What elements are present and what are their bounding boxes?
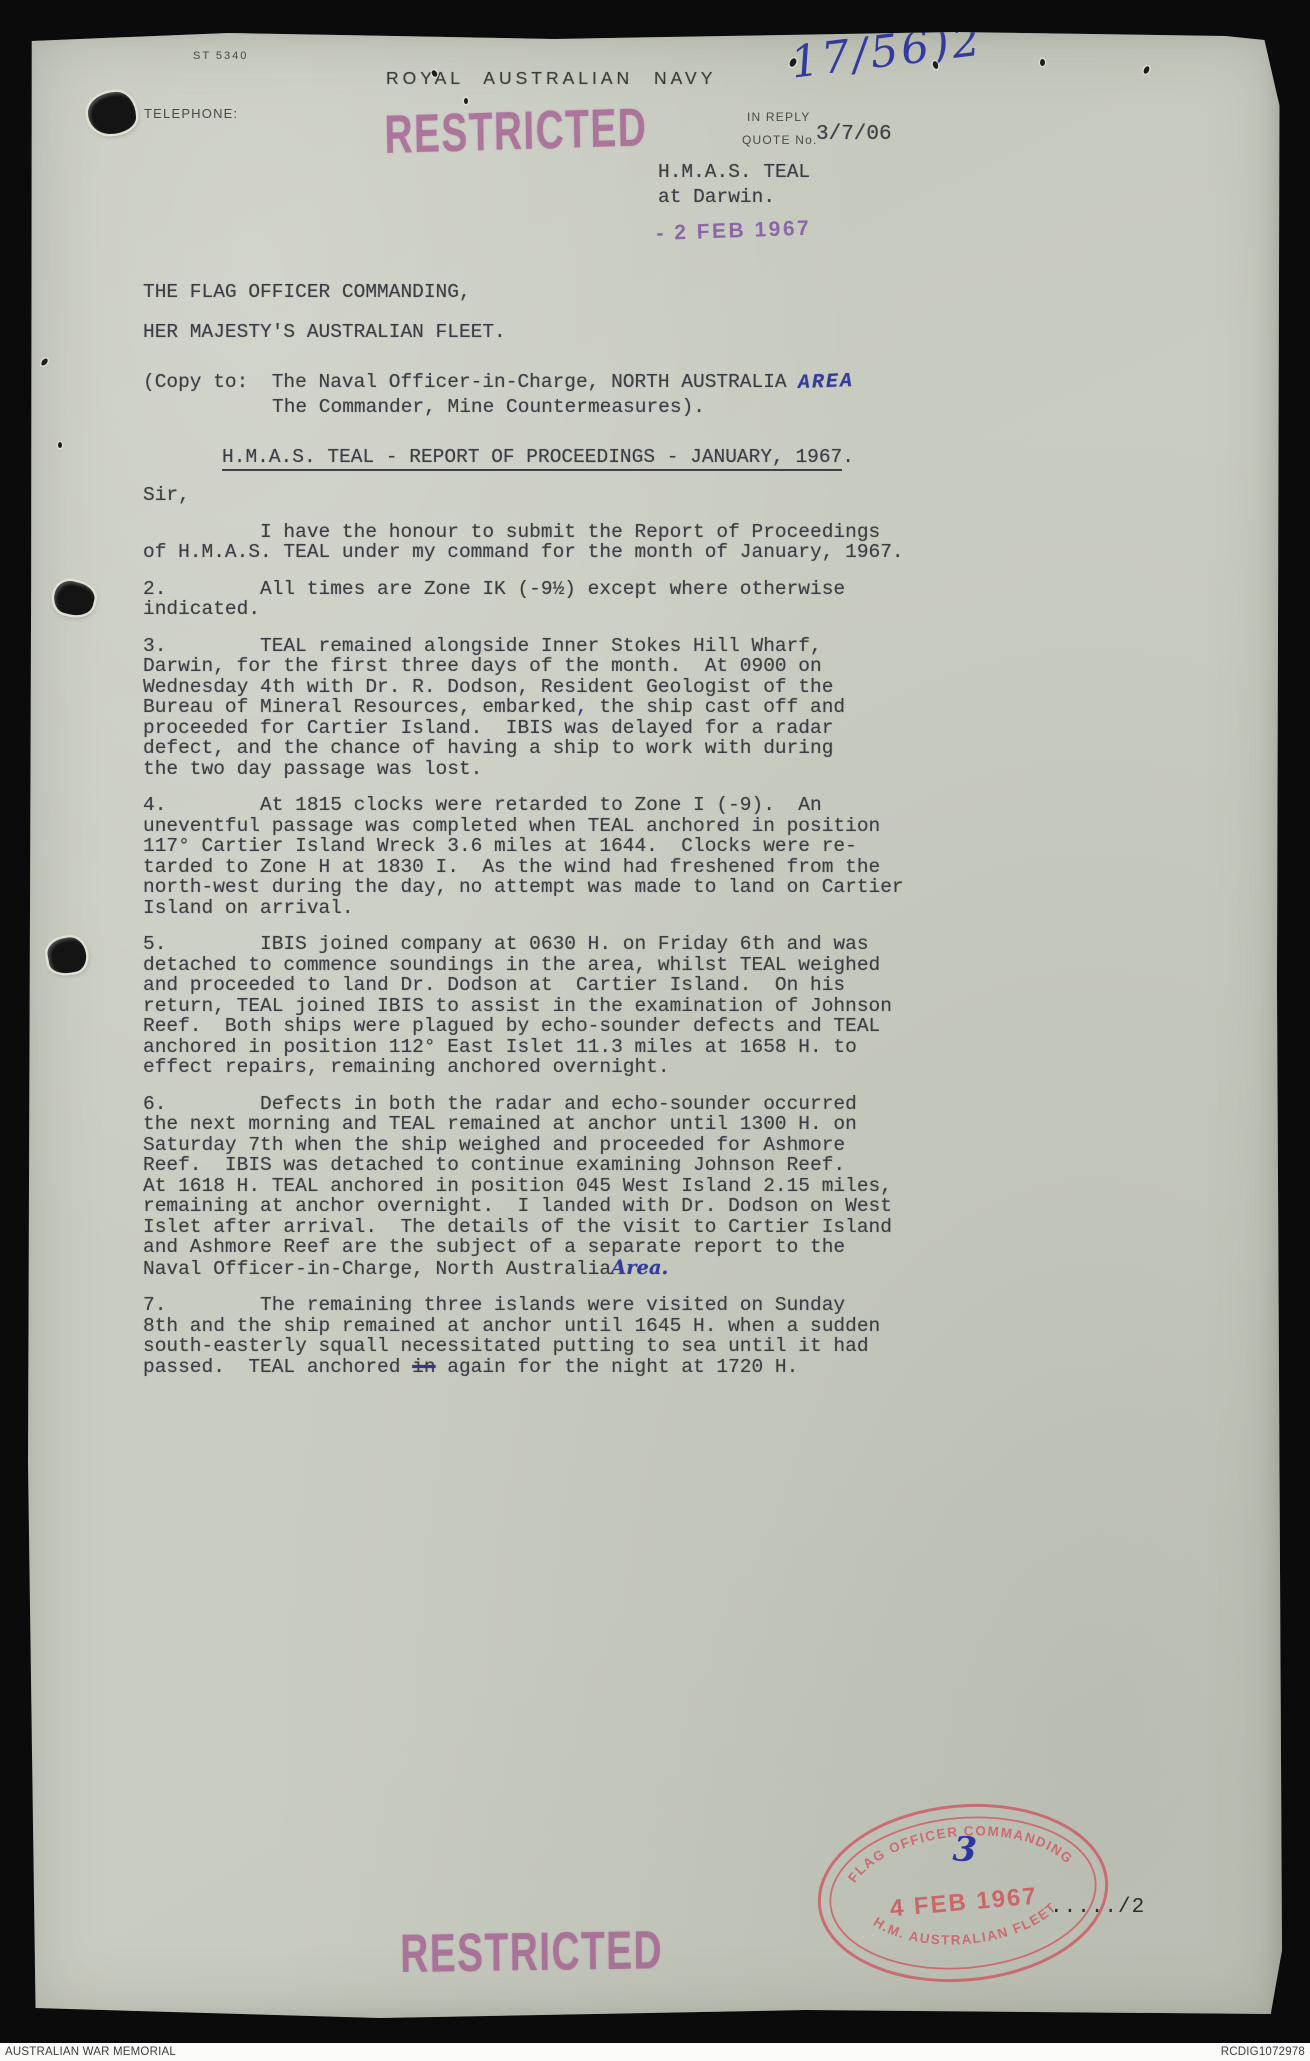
paragraph-3: 3. TEAL remained alongside Inner Stokes … xyxy=(143,636,963,780)
addressee-line-2: HER MAJESTY'S AUSTRALIAN FLEET. xyxy=(143,322,506,343)
report-title: H.M.A.S. TEAL - REPORT OF PROCEEDINGS - … xyxy=(143,447,933,468)
paragraph-4: 4. At 1815 clocks were retarded to Zone … xyxy=(143,795,963,918)
punch-hole-lower xyxy=(45,935,89,976)
document-page: ST 5340 ROYAL AUSTRALIAN NAVY TELEPHONE:… xyxy=(0,0,1310,2061)
letter-body: Sir, I have the honour to submit the Rep… xyxy=(143,485,963,1393)
paper-tear-hole xyxy=(88,92,136,134)
copy-to-area-annotation: AREA xyxy=(798,372,855,394)
paper-speck xyxy=(58,442,62,448)
typed-line: the two day passage was lost. xyxy=(143,759,963,780)
restricted-stamp-top: RESTRICTED xyxy=(384,96,648,166)
typed-line: Saturday 7th when the ship weighed and p… xyxy=(143,1135,963,1156)
ship-name: H.M.A.S. TEAL xyxy=(658,162,810,183)
received-date-stamp: - 2 FEB 1967 xyxy=(656,217,812,246)
paragraph-2: 2. All times are Zone IK (-9½) except wh… xyxy=(143,579,963,620)
quote-no-label: QUOTE No. xyxy=(742,133,817,147)
archive-footer-right: RCDIG1072978 xyxy=(1221,2043,1305,2061)
quote-no-value: 3/7/06 xyxy=(816,125,892,146)
typed-line: Darwin, for the first three days of the … xyxy=(143,656,963,677)
addressee-line-1: THE FLAG OFFICER COMMANDING, xyxy=(143,282,471,303)
paper-speck xyxy=(1040,59,1045,66)
typed-line: 6. Defects in both the radar and echo-so… xyxy=(143,1094,963,1115)
typed-line: Naval Officer-in-Charge, North Australia… xyxy=(143,1258,963,1280)
flag-officer-oval-stamp: FLAG OFFICER COMMANDING H.M. AUSTRALIAN … xyxy=(805,1785,1120,2000)
archive-footer-left: AUSTRALIAN WAR MEMORIAL xyxy=(5,2043,176,2061)
typed-line: 117° Cartier Island Wreck 3.6 miles at 1… xyxy=(143,836,963,857)
copy-to-line-1: (Copy to: The Naval Officer-in-Charge, N… xyxy=(143,372,854,394)
typed-line: uneventful passage was completed when TE… xyxy=(143,816,963,837)
typed-line: Reef. IBIS was detached to continue exam… xyxy=(143,1155,963,1176)
telephone-label: TELEPHONE: xyxy=(144,106,238,121)
paragraph-1: I have the honour to submit the Report o… xyxy=(143,522,963,563)
typed-line: 5. IBIS joined company at 0630 H. on Fri… xyxy=(143,934,963,955)
typed-line: Sir, xyxy=(143,485,963,506)
letter-paper: ST 5340 ROYAL AUSTRALIAN NAVY TELEPHONE:… xyxy=(28,30,1282,2020)
restricted-stamp-bottom: RESTRICTED xyxy=(400,1919,663,1985)
typed-line: Bureau of Mineral Resources, embarked, t… xyxy=(143,697,963,718)
typed-line: At 1618 H. TEAL anchored in position 045… xyxy=(143,1176,963,1197)
paper-speck xyxy=(40,357,49,366)
report-title-period: . xyxy=(842,446,854,468)
typed-line: south-easterly squall necessitated putti… xyxy=(143,1336,963,1357)
typed-line: passed. TEAL anchored in again for the n… xyxy=(143,1357,963,1378)
typed-line: 2. All times are Zone IK (-9½) except wh… xyxy=(143,579,963,600)
report-title-text: H.M.A.S. TEAL - REPORT OF PROCEEDINGS - … xyxy=(222,446,842,471)
punch-hole-upper xyxy=(51,578,98,620)
typed-line: detached to commence soundings in the ar… xyxy=(143,955,963,976)
in-reply-label: IN REPLY xyxy=(747,110,810,124)
typed-line: 3. TEAL remained alongside Inner Stokes … xyxy=(143,636,963,657)
typed-line: I have the honour to submit the Report o… xyxy=(143,522,963,543)
typed-line: 8th and the ship remained at anchor unti… xyxy=(143,1316,963,1337)
typed-line: 7. The remaining three islands were visi… xyxy=(143,1295,963,1316)
form-number: ST 5340 xyxy=(193,50,248,62)
typed-line: Islet after arrival. The details of the … xyxy=(143,1217,963,1238)
copy-to-line-2: The Commander, Mine Countermeasures). xyxy=(272,397,705,418)
typed-line: the next morning and TEAL remained at an… xyxy=(143,1114,963,1135)
typed-line: Island on arrival. xyxy=(143,898,963,919)
typed-line: Reef. Both ships were plagued by echo-so… xyxy=(143,1016,963,1037)
paragraph-6: 6. Defects in both the radar and echo-so… xyxy=(143,1094,963,1280)
archive-footer: AUSTRALIAN WAR MEMORIAL RCDIG1072978 xyxy=(0,2043,1310,2061)
paragraph-7: 7. The remaining three islands were visi… xyxy=(143,1295,963,1377)
typed-line: return, TEAL joined IBIS to assist in th… xyxy=(143,996,963,1017)
typed-line: 4. At 1815 clocks were retarded to Zone … xyxy=(143,795,963,816)
paper-speck xyxy=(1143,65,1151,74)
typed-line: indicated. xyxy=(143,599,963,620)
typed-line: remaining at anchor overnight. I landed … xyxy=(143,1196,963,1217)
handwritten-page-number: 3 xyxy=(952,1829,978,1871)
typed-line: anchored in position 112° East Islet 11.… xyxy=(143,1037,963,1058)
page-continuation-mark: ...../2 xyxy=(1050,1896,1145,1919)
typed-line: tarded to Zone H at 1830 I. As the wind … xyxy=(143,857,963,878)
copy-to-text: (Copy to: The Naval Officer-in-Charge, N… xyxy=(143,371,798,393)
typed-line: Wednesday 4th with Dr. R. Dodson, Reside… xyxy=(143,677,963,698)
handwritten-file-number: 17/56)2 xyxy=(788,14,986,88)
paper-speck xyxy=(464,98,468,104)
typed-line: effect repairs, remaining anchored overn… xyxy=(143,1057,963,1078)
paragraph-5: 5. IBIS joined company at 0630 H. on Fri… xyxy=(143,934,963,1078)
salutation: Sir, xyxy=(143,485,963,506)
oval-stamp-date: 4 FEB 1967 xyxy=(889,1883,1039,1923)
typed-line: and Ashmore Reef are the subject of a se… xyxy=(143,1237,963,1258)
typed-line: defect, and the chance of having a ship … xyxy=(143,738,963,759)
typed-line: of H.M.A.S. TEAL under my command for th… xyxy=(143,542,963,563)
typed-line: and proceeded to land Dr. Dodson at Cart… xyxy=(143,975,963,996)
ship-location: at Darwin. xyxy=(658,187,775,208)
typed-line: north-west during the day, no attempt wa… xyxy=(143,877,963,898)
typed-line: proceeded for Cartier Island. IBIS was d… xyxy=(143,718,963,739)
